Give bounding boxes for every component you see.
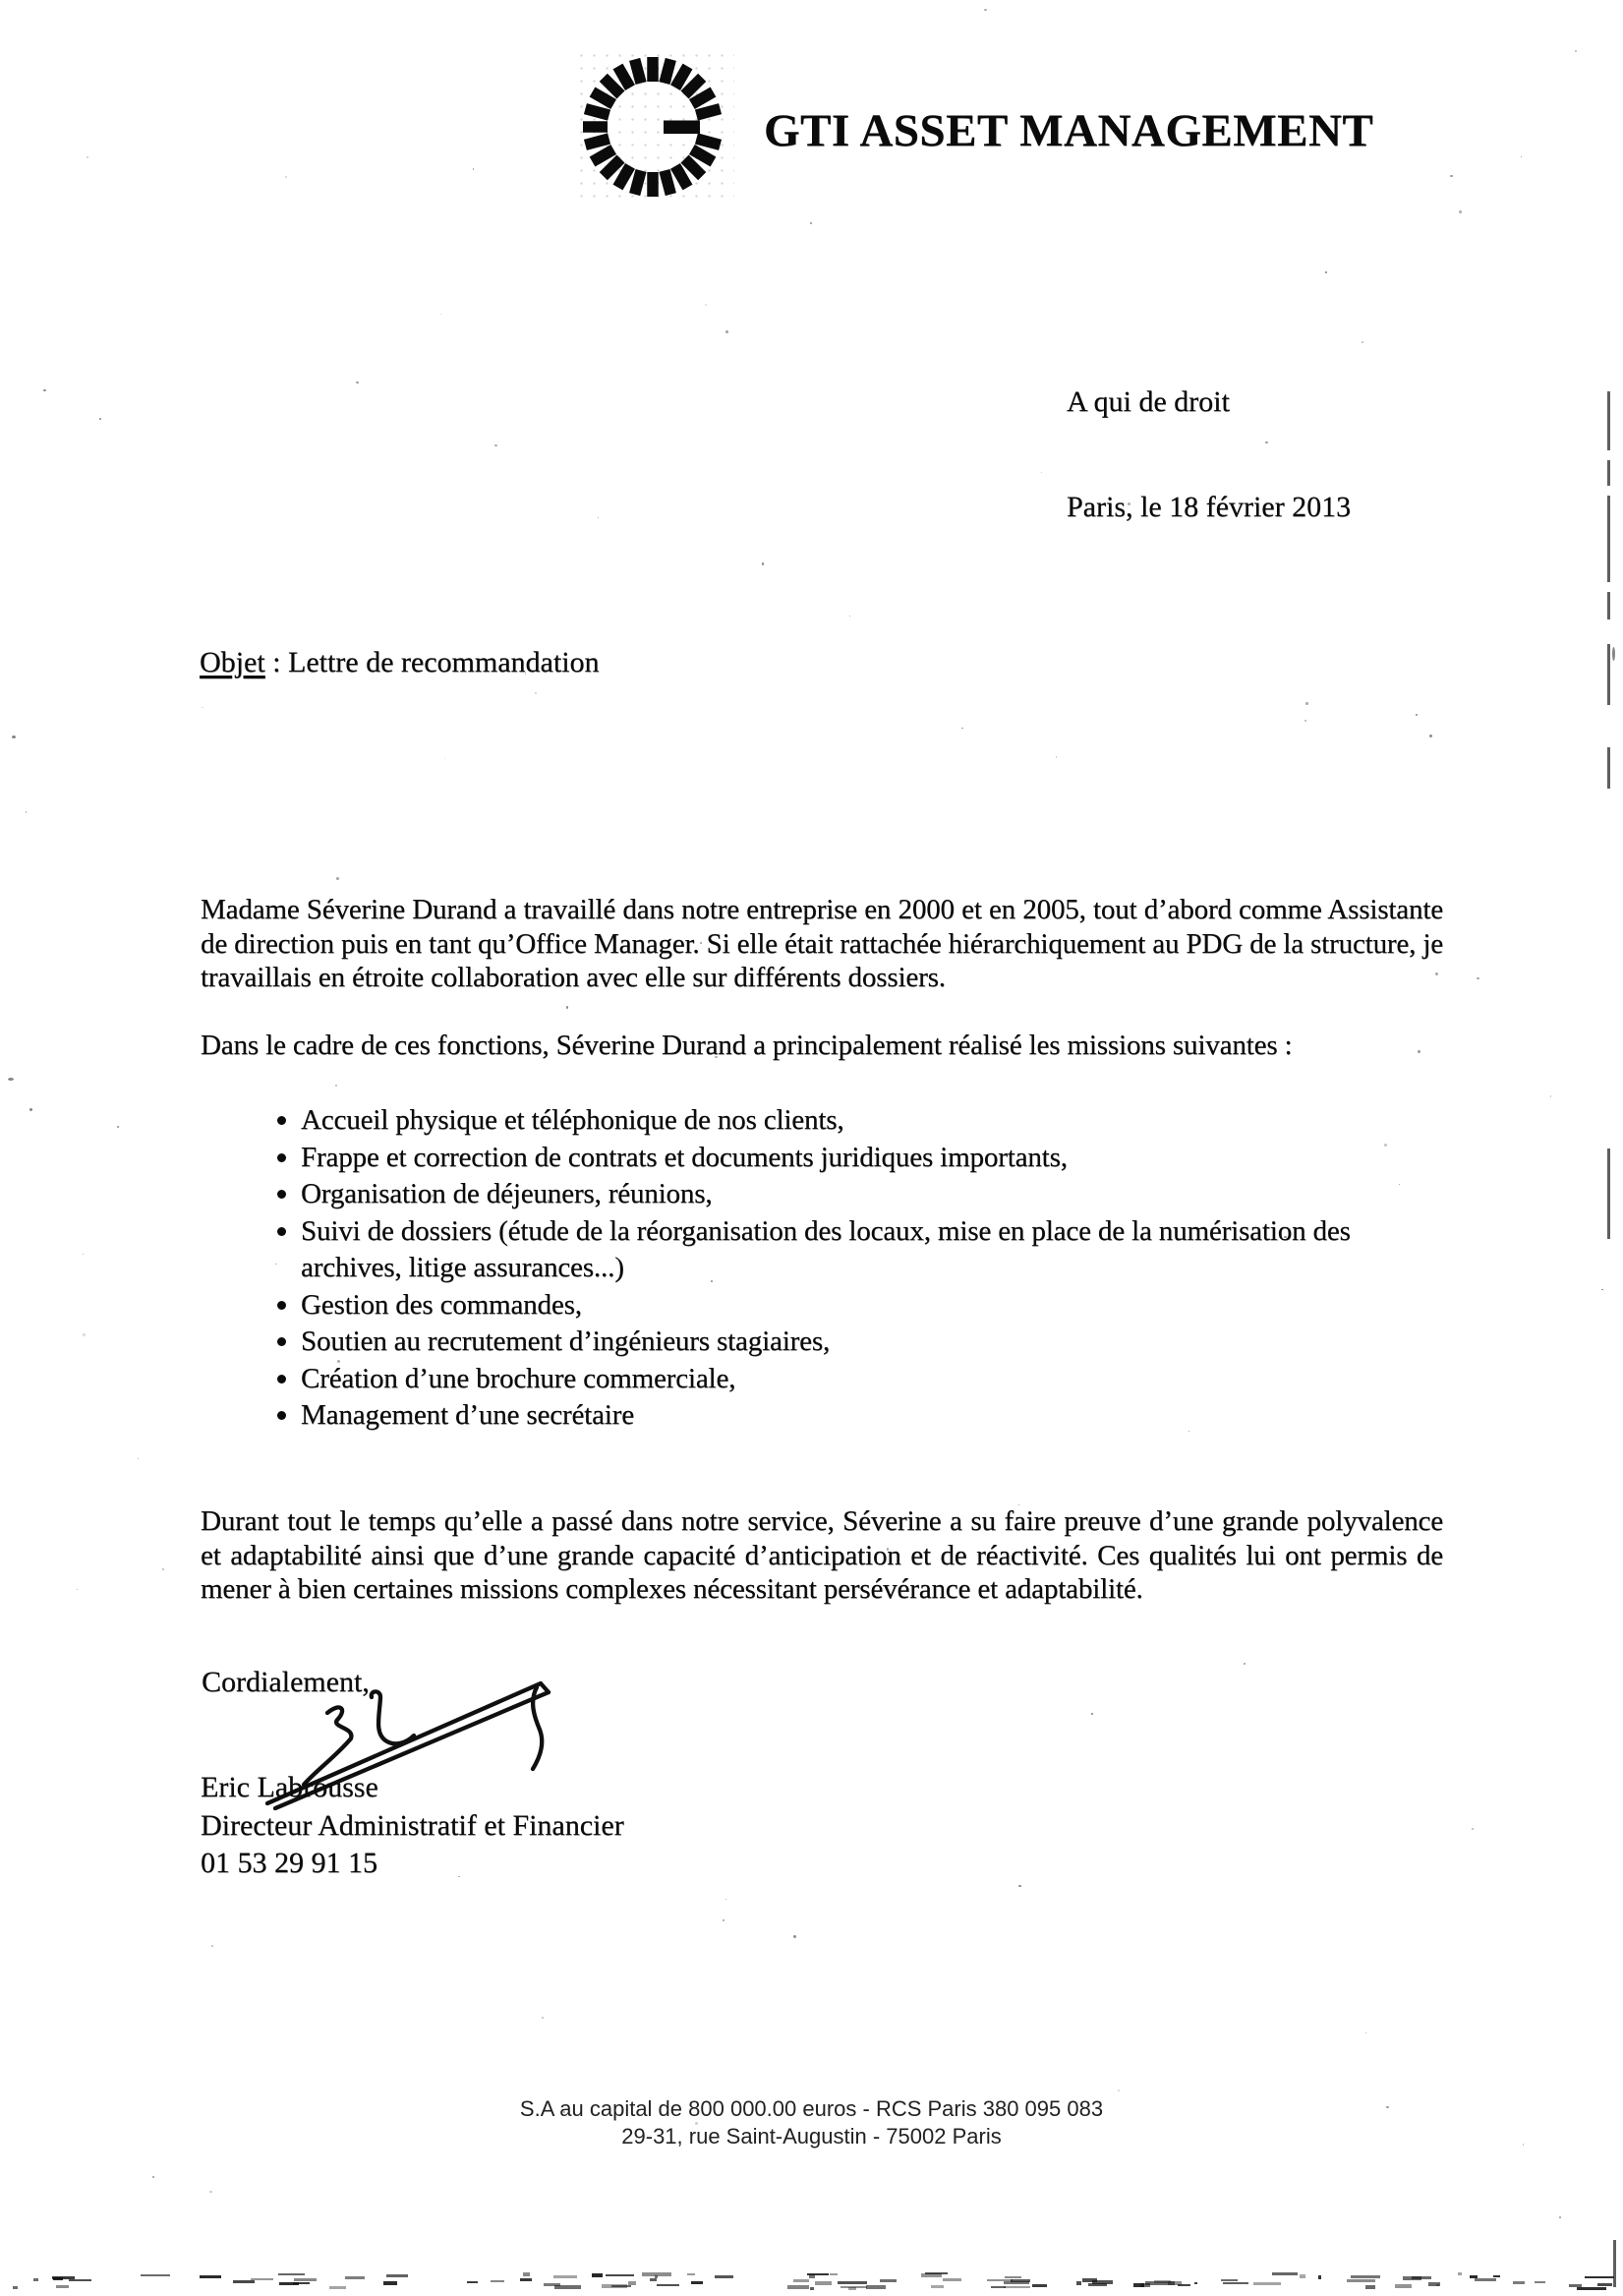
footer-address-line: 29-31, rue Saint-Augustin - 75002 Paris [0, 2123, 1623, 2150]
signature-hook-stroke [372, 1691, 414, 1743]
subject-label: Objet [200, 646, 265, 678]
footer-capital-line: S.A au capital de 800 000.00 euros - RCS… [0, 2095, 1623, 2123]
mission-item: Management d’une secrétaire [301, 1397, 1451, 1435]
mission-item: Gestion des commandes, [301, 1287, 1451, 1325]
recipient-line: A qui de droit [1067, 385, 1230, 419]
mission-item: Frappe et correction de contrats et docu… [301, 1140, 1451, 1177]
signature-tip-stroke [541, 1683, 549, 1692]
dateline: Paris, le 18 février 2013 [1067, 491, 1351, 524]
footer: S.A au capital de 800 000.00 euros - RCS… [0, 2095, 1623, 2150]
mission-item: Création d’une brochure commerciale, [301, 1361, 1451, 1398]
mission-item: Suivi de dossiers (étude de la réorganis… [301, 1213, 1451, 1287]
company-name: GTI ASSET MANAGEMENT [764, 104, 1373, 157]
mission-item: Accueil physique et téléphonique de nos … [301, 1102, 1451, 1140]
signer-title: Directeur Administratif et Financier [201, 1807, 624, 1846]
mission-item: Soutien au recrutement d’ingénieurs stag… [301, 1324, 1451, 1361]
subject-separator: : [265, 646, 288, 678]
signer-name: Eric Labrousse [201, 1769, 624, 1807]
subject-text: Lettre de recommandation [288, 646, 600, 678]
signer-block: Eric Labrousse Directeur Administratif e… [201, 1769, 624, 1883]
company-logo [582, 56, 727, 199]
paragraph-closing: Durant tout le temps qu’elle a passé dan… [201, 1504, 1443, 1607]
signer-phone: 01 53 29 91 15 [201, 1845, 624, 1883]
subject-line: Objet : Lettre de recommandation [200, 646, 600, 679]
paragraph-intro: Madame Séverine Durand a travaillé dans … [201, 893, 1443, 995]
mission-item: Organisation de déjeuners, réunions, [301, 1176, 1451, 1213]
signature-wave-stroke [533, 1687, 542, 1769]
sunburst-clock-icon [582, 56, 727, 199]
missions-list: Accueil physique et téléphonique de nos … [301, 1102, 1451, 1435]
paragraph-missions-intro: Dans le cadre de ces fonctions, Séverine… [201, 1029, 1443, 1063]
letter-page: GTI ASSET MANAGEMENT A qui de droit Pari… [0, 0, 1623, 2296]
